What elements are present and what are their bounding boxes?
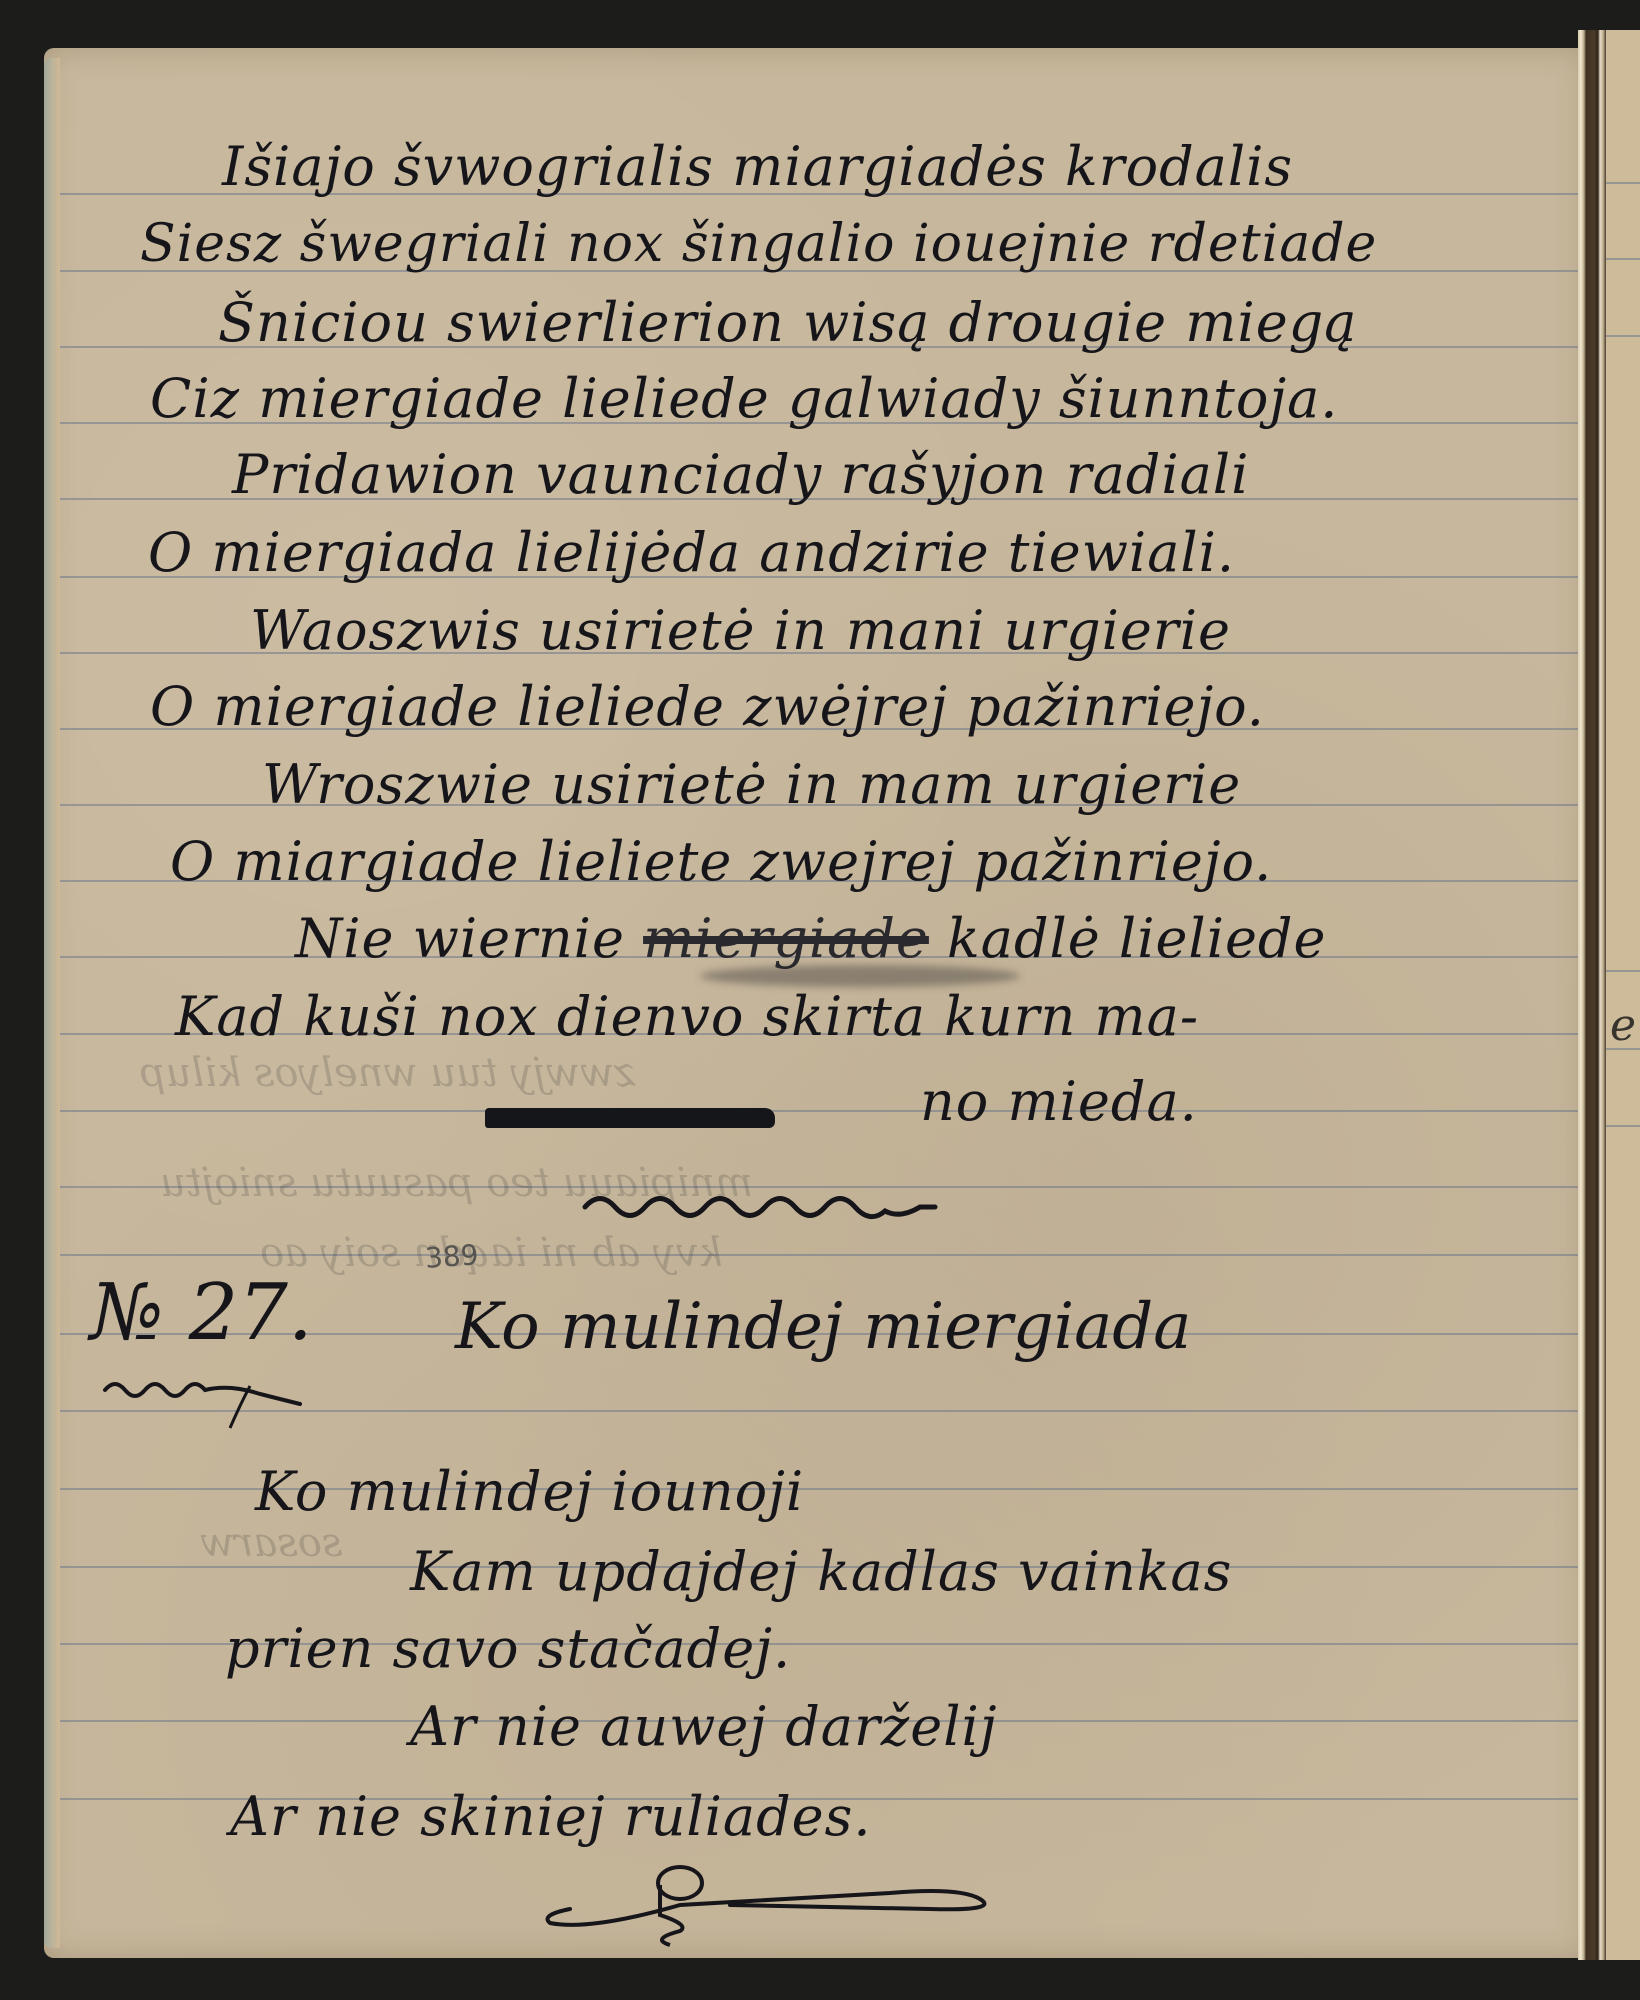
section-number: № 27. — [90, 1268, 313, 1358]
pencil-annotation: 389 — [424, 1238, 480, 1275]
manuscript-line: no mieda. — [920, 1075, 1198, 1129]
manuscript-line: Waoszwis usirietė in mani urgierie — [250, 604, 1231, 658]
ruled-line — [1606, 182, 1640, 184]
manuscript-line: Siesz šwegriali nox šingalio iouejnie rd… — [140, 218, 1377, 270]
ruled-line — [1606, 970, 1640, 972]
manuscript-line: Wroszwie usirietė in mam urgierie — [262, 758, 1241, 812]
ink-blot-bar — [485, 1108, 775, 1128]
ruled-line — [1606, 1125, 1640, 1127]
manuscript-line: prien savo stačadej. — [225, 1622, 791, 1676]
struck-word: miergiade — [643, 907, 929, 970]
ink-smudge — [700, 965, 1020, 987]
manuscript-line-with-strikethrough: Nie wiernie miergiade kadlė lieliede — [295, 912, 1326, 966]
bleed-through-text: sosarw — [200, 1520, 342, 1566]
adjacent-page-edge — [1606, 30, 1640, 1960]
adjacent-page-text-fragment: e — [1610, 1000, 1636, 1051]
manuscript-line: Kam updajdej kadlas vainkas — [410, 1545, 1232, 1599]
section-number-underline — [100, 1370, 340, 1430]
bleed-through-text: kvy ab ni iaqdn soiy ao — [260, 1230, 723, 1276]
manuscript-line: Šniciou swierlierion wisą drougie miegą — [218, 296, 1357, 350]
line-text: kadlė lieliede — [929, 907, 1327, 970]
manuscript-line: Kad kuši nox dienvo skirta kurn ma- — [175, 990, 1199, 1044]
closing-flourish — [530, 1865, 1010, 1955]
page-edge — [44, 58, 60, 1948]
manuscript-line: Ar nie skiniej ruliades. — [230, 1790, 872, 1844]
bleed-through-text: zwwjy tuu wnelyos kilup — [140, 1050, 635, 1096]
manuscript-line: Išiajo švwogrialis miargiadės krodalis — [222, 140, 1293, 194]
divider-squiggle — [580, 1185, 940, 1225]
song-title: Ko mulindej miergiada — [455, 1290, 1191, 1364]
book-binding — [1578, 30, 1606, 1960]
manuscript-line: O miergiade lieliede zwėjrej pažinriejo. — [150, 680, 1265, 734]
ruled-line — [1606, 258, 1640, 260]
scanned-document: zwwjy tuu wnelyos kilup mnipiauu teo pas… — [0, 0, 1640, 2000]
line-text: Nie wiernie — [295, 907, 643, 970]
manuscript-line: Ciz miergiade lieliede galwiady šiunntoj… — [150, 372, 1338, 426]
ruled-line — [1606, 335, 1640, 337]
manuscript-line: Ar nie auwej darželij — [410, 1700, 997, 1754]
manuscript-line: Ko mulindej iounoji — [255, 1465, 804, 1519]
manuscript-line: O miergiada lielijėda andzirie tiewiali. — [148, 526, 1235, 580]
manuscript-line: Pridawion vaunciady rašyjon radiali — [232, 448, 1249, 502]
ruled-line — [60, 1110, 1586, 1112]
manuscript-line: O miargiade lieliete zwejrej pažinriejo. — [170, 835, 1272, 889]
